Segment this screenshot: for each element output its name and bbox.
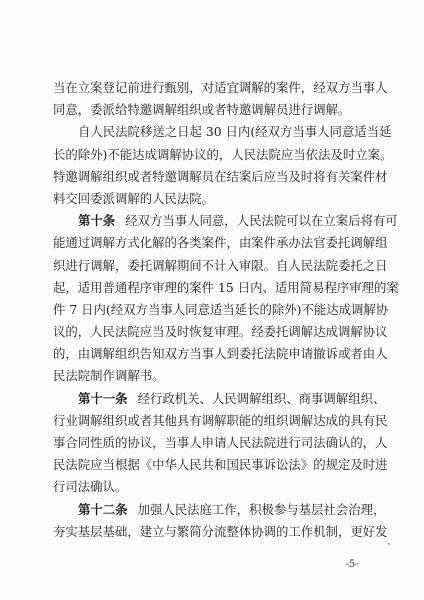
text-line: 同意，委派给特邀调解组织或者特邀调解员进行调解。 bbox=[53, 99, 363, 121]
text-line: 起，适用普通程序审理的案件 15 日内、适用简易程序审理的案 bbox=[53, 277, 363, 299]
body-text: 当在立案登记前进行甄别，对适宜调解的案件，经双方当事人 同意，委派给特邀调解组织… bbox=[53, 77, 363, 543]
document-page: 当在立案登记前进行甄别，对适宜调解的案件，经双方当事人 同意，委派给特邀调解组织… bbox=[0, 0, 424, 600]
text-line: 的，由调解组织告知双方当事人到委托法院申请撤诉或者由人 bbox=[53, 343, 363, 365]
text-line: 长的除外)不能达成调解协议的，人民法院应当依法及时立案。 bbox=[53, 144, 363, 166]
text-line: 织进行调解，委托调解期间不计入审限。自人民法院委托之日 bbox=[53, 255, 363, 277]
page-number: -5- bbox=[340, 559, 364, 570]
scan-speck bbox=[388, 543, 390, 545]
text-line: 自人民法院移送之日起 30 日内(经双方当事人同意适当延 bbox=[53, 121, 363, 143]
text-line: 当在立案登记前进行甄别，对适宜调解的案件，经双方当事人 bbox=[53, 77, 363, 99]
article-heading-11: 第十一条 bbox=[78, 391, 128, 406]
text-line: 经行政机关、人民调解组织、商事调解组织、 bbox=[138, 391, 386, 406]
text-line: 行业调解组织或者其他具有调解职能的组织调解达成的具有民 bbox=[53, 410, 363, 432]
text-line: 特邀调解组织或者特邀调解员在结案后应当及时将有关案件材 bbox=[53, 166, 363, 188]
article-12-line: 第十二条加强人民法庭工作，积极参与基层社会治理， bbox=[53, 499, 363, 521]
text-line: 料交回委派调解的人民法院。 bbox=[53, 188, 363, 210]
text-line: 民法院应当根据《中华人民共和国民事诉讼法》的规定及时进 bbox=[53, 454, 363, 476]
text-line: 加强人民法庭工作，积极参与基层社会治理， bbox=[138, 502, 386, 517]
text-line: 行司法确认。 bbox=[53, 476, 363, 498]
text-line: 议的，人民法院应当及时恢复审理。经委托调解达成调解协议 bbox=[53, 321, 363, 343]
text-line: 件 7 日内(经双方当事人同意适当延长的除外)不能达成调解协 bbox=[53, 299, 363, 321]
text-line: 能通过调解方式化解的各类案件，由案件承办法官委托调解组 bbox=[53, 232, 363, 254]
text-line: 事合同性质的协议，当事人申请人民法院进行司法确认的，人 bbox=[53, 432, 363, 454]
article-heading-10: 第十条 bbox=[78, 213, 115, 228]
text-line: 民法院制作调解书。 bbox=[53, 365, 363, 387]
article-10-line: 第十条经双方当事人同意，人民法院可以在立案后将有可 bbox=[53, 210, 363, 232]
article-heading-12: 第十二条 bbox=[78, 502, 128, 517]
article-11-line: 第十一条经行政机关、人民调解组织、商事调解组织、 bbox=[53, 388, 363, 410]
text-line: 夯实基层基础，建立与繁简分流整体协调的工作机制，更好发 bbox=[53, 521, 363, 543]
text-line: 经双方当事人同意，人民法院可以在立案后将有可 bbox=[125, 213, 398, 228]
